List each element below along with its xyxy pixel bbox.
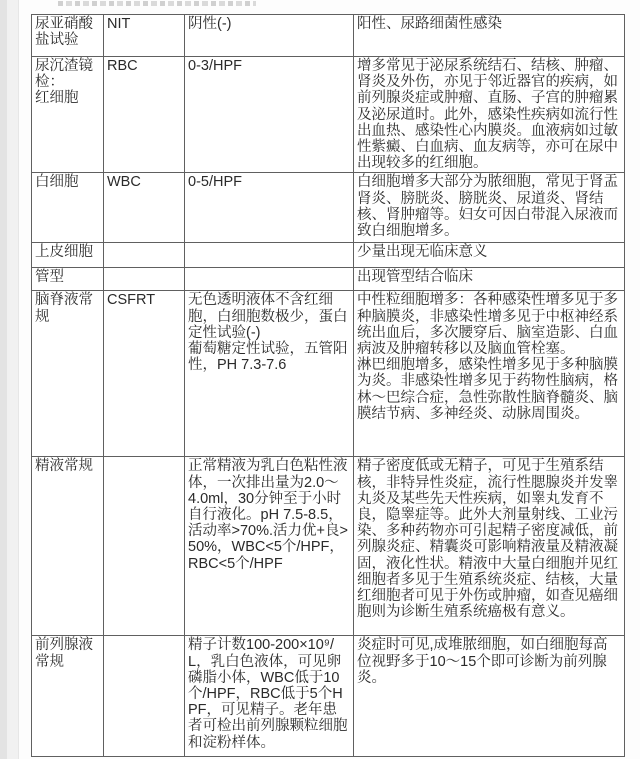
table-row: 上皮细胞 少量出现无临床意义 (32, 243, 625, 268)
page-edge-strip-outer (0, 0, 7, 759)
test-name-cell: 脑脊液常规 (32, 291, 104, 457)
clinical-significance-cell: 精子密度低或无精子，可见于生殖系结核，非特异性炎症，流行性腮腺炎并发睾丸炎及某些… (354, 457, 625, 636)
test-name-cell: 前列腺液常规 (32, 636, 104, 757)
clinical-significance-cell: 少量出现无临床意义 (354, 243, 625, 268)
clinical-significance-cell: 炎症时可见,成堆脓细胞，如白细胞每高位视野多于10～15个即可诊断为前列腺炎。 (354, 636, 625, 757)
test-name-cell: 精液常规 (32, 457, 104, 636)
abbrev-cell: NIT (104, 15, 185, 57)
test-name-cell: 尿沉渣镜检： 红细胞 (32, 57, 104, 173)
reference-value-cell (185, 243, 354, 268)
table-row: 前列腺液常规 精子计数100-200×10⁹/L，乳白色液体，可见卵磷脂小体，W… (32, 636, 625, 757)
clinical-significance-cell: 阳性、尿路细菌性感染 (354, 15, 625, 57)
clinical-significance-cell: 增多常见于泌尿系统结石、结核、肿瘤、肾炎及外伤，亦见于邻近器官的疾病，如前列腺炎… (354, 57, 625, 173)
clipped-text-remnant (58, 1, 256, 6)
page-edge-strip-inner (7, 0, 19, 759)
reference-value-cell: 正常精液为乳白色粘性液体，一次排出量为2.0～4.0ml，30分钟至于小时自行液… (185, 457, 354, 636)
abbrev-cell: WBC (104, 173, 185, 243)
abbrev-cell (104, 268, 185, 291)
abbrev-cell: RBC (104, 57, 185, 173)
reference-value-cell: 0-3/HPF (185, 57, 354, 173)
lab-test-reference-table: 尿亚硝酸盐试验 NIT 阴性(-) 阳性、尿路细菌性感染 尿沉渣镜检： 红细胞 … (31, 14, 625, 757)
table-row: 尿沉渣镜检： 红细胞 RBC 0-3/HPF 增多常见于泌尿系统结石、结核、肿瘤… (32, 57, 625, 173)
test-name-cell: 上皮细胞 (32, 243, 104, 268)
abbrev-cell (104, 457, 185, 636)
abbrev-cell: CSFRT (104, 291, 185, 457)
table-row: 白细胞 WBC 0-5/HPF 白细胞增多大部分为脓细胞，常见于肾盂肾炎、膀胱炎… (32, 173, 625, 243)
test-name-cell: 白细胞 (32, 173, 104, 243)
page: 尿亚硝酸盐试验 NIT 阴性(-) 阳性、尿路细菌性感染 尿沉渣镜检： 红细胞 … (0, 0, 640, 759)
test-name-cell: 管型 (32, 268, 104, 291)
test-name-cell: 尿亚硝酸盐试验 (32, 15, 104, 57)
reference-value-cell: 阴性(-) (185, 15, 354, 57)
abbrev-cell (104, 636, 185, 757)
table-row: 脑脊液常规 CSFRT 无色透明液体不含红细胞，白细胞数极少，蛋白定性试验(-)… (32, 291, 625, 457)
table-row: 精液常规 正常精液为乳白色粘性液体，一次排出量为2.0～4.0ml，30分钟至于… (32, 457, 625, 636)
table-row: 尿亚硝酸盐试验 NIT 阴性(-) 阳性、尿路细菌性感染 (32, 15, 625, 57)
table-row: 管型 出现管型结合临床 (32, 268, 625, 291)
reference-value-cell: 无色透明液体不含红细胞，白细胞数极少，蛋白定性试验(-) 葡萄糖定性试验，五管阳… (185, 291, 354, 457)
abbrev-cell (104, 243, 185, 268)
reference-value-cell: 精子计数100-200×10⁹/L，乳白色液体，可见卵磷脂小体，WBC低于10个… (185, 636, 354, 757)
reference-value-cell (185, 268, 354, 291)
clinical-significance-cell: 中性粒细胞增多：各种感染性增多见于多种脑膜炎，非感染性增多见于中枢神经系统出血后… (354, 291, 625, 457)
clinical-significance-cell: 白细胞增多大部分为脓细胞，常见于肾盂肾炎、膀胱炎、膀胱炎、尿道炎、肾结核、肾肿瘤… (354, 173, 625, 243)
clinical-significance-cell: 出现管型结合临床 (354, 268, 625, 291)
reference-value-cell: 0-5/HPF (185, 173, 354, 243)
